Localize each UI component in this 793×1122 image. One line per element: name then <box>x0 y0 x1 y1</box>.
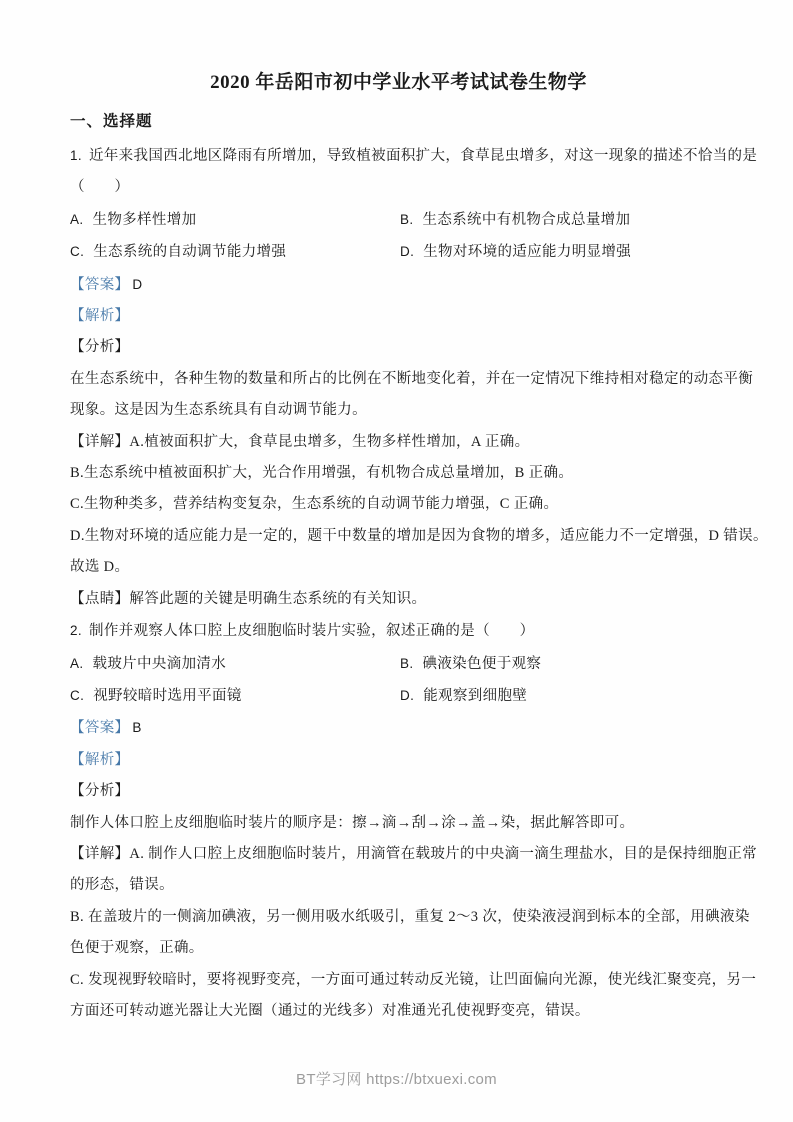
q1-detail-intro: A.植被面积扩大，食草昆虫增多，生物多样性增加，A 正确。 <box>129 434 529 450</box>
q1-option-d-letter: D. <box>400 244 414 259</box>
q1-option-d: D.生物对环境的适应能力明显增强 <box>400 236 631 268</box>
q1-options-row-2: C.生态系统的自动调节能力增强 D.生物对环境的适应能力明显增强 <box>70 236 727 268</box>
q2-option-b-text: 碘液染色便于观察 <box>422 656 541 672</box>
watermark-footer: BT学习网 https://btxuexi.com <box>0 1068 793 1089</box>
document-content: 2020 年岳阳市初中学业水平考试试卷生物学 一、选择题 1.近年来我国西北地区… <box>70 70 727 1027</box>
q1-detail-line-1: 【详解】A.植被面积扩大，食草昆虫增多，生物多样性增加，A 正确。 <box>70 427 727 458</box>
q2-breakdown-label-line: 【分析】 <box>70 776 727 807</box>
q2-options-row-2: C.视野较暗时选用平面镜 D.能观察到细胞壁 <box>70 680 727 712</box>
q1-answer-label: 【答案】 <box>70 277 129 293</box>
q2-option-a-letter: A. <box>70 656 83 671</box>
q1-detail-line-3: C.生物种类多，营养结构变复杂，生态系统的自动调节能力增强，C 正确。 <box>70 489 727 520</box>
q1-option-b-text: 生态系统中有机物合成总量增加 <box>422 212 630 228</box>
q2-analysis-label: 【解析】 <box>70 752 129 768</box>
q2-option-b-letter: B. <box>400 656 413 671</box>
q1-answer-value: D <box>132 277 142 292</box>
q2-detail-line-2: 的形态，错误。 <box>70 870 727 901</box>
q1-option-c: C.生态系统的自动调节能力增强 <box>70 236 400 268</box>
q1-option-a-text: 生物多样性增加 <box>92 212 196 228</box>
q2-option-d-letter: D. <box>400 688 414 703</box>
q1-tip-line: 【点睛】解答此题的关键是明确生态系统的有关知识。 <box>70 584 727 615</box>
q2-option-d-text: 能观察到细胞壁 <box>423 688 527 704</box>
q2-analysis-label-line: 【解析】 <box>70 745 727 776</box>
section-heading: 一、选择题 <box>70 112 727 132</box>
q1-conclusion: 故选 D。 <box>70 552 727 583</box>
q2-breakdown-label: 【分析】 <box>70 783 129 799</box>
q2-option-c-letter: C. <box>70 688 84 703</box>
q1-option-d-text: 生物对环境的适应能力明显增强 <box>423 244 631 260</box>
document-title: 2020 年岳阳市初中学业水平考试试卷生物学 <box>70 70 727 96</box>
q1-breakdown-line-1: 在生态系统中，各种生物的数量和所占的比例在不断地变化着，并在一定情况下维持相对稳… <box>70 364 727 395</box>
q2-stem-text: 制作并观察人体口腔上皮细胞临时装片实验，叙述正确的是（ ） <box>89 623 535 639</box>
q2-detail-line-4: 色便于观察，正确。 <box>70 933 727 964</box>
q2-breakdown-line-1: 制作人体口腔上皮细胞临时装片的顺序是：擦→滴→刮→涂→盖→染，据此解答即可。 <box>70 808 727 839</box>
q1-option-c-text: 生态系统的自动调节能力增强 <box>93 244 286 260</box>
q2-detail-line-5: C. 发现视野较暗时，要将视野变亮，一方面可通过转动反光镜，让凹面偏向光源，使光… <box>70 965 727 996</box>
q2-answer-label: 【答案】 <box>70 720 129 736</box>
q2-option-c-text: 视野较暗时选用平面镜 <box>93 688 242 704</box>
q2-answer-value: B <box>132 720 141 735</box>
q2-option-c: C.视野较暗时选用平面镜 <box>70 680 400 712</box>
q1-answer-line: 【答案】D <box>70 269 727 301</box>
exam-document-page: 2020 年岳阳市初中学业水平考试试卷生物学 一、选择题 1.近年来我国西北地区… <box>0 0 793 1122</box>
q2-answer-line: 【答案】B <box>70 712 727 744</box>
q1-detail-line-4: D.生物对环境的适应能力是一定的，题干中数量的增加是因为食物的增多，适应能力不一… <box>70 521 727 552</box>
q2-option-a-text: 载玻片中央滴加清水 <box>92 656 226 672</box>
q2-detail-intro: A. 制作人口腔上皮细胞临时装片，用滴管在载玻片的中央滴一滴生理盐水，目的是保持… <box>129 846 757 862</box>
q1-analysis-label-line: 【解析】 <box>70 301 727 332</box>
q2-detail-line-6: 方面还可转动遮光器让大光圈（通过的光线多）对准通光孔使视野变亮，错误。 <box>70 996 727 1027</box>
q1-stem: 1.近年来我国西北地区降雨有所增加，导致植被面积扩大，食草昆虫增多，对这一现象的… <box>70 140 727 172</box>
q1-detail-label: 【详解】 <box>70 434 129 450</box>
q1-stem-text: 近年来我国西北地区降雨有所增加，导致植被面积扩大，食草昆虫增多，对这一现象的描述… <box>89 148 757 164</box>
q1-option-a-letter: A. <box>70 212 83 227</box>
q2-detail-line-3: B. 在盖玻片的一侧滴加碘液，另一侧用吸水纸吸引，重复 2～3 次，使染液浸润到… <box>70 902 727 933</box>
q1-breakdown-line-2: 现象。这是因为生态系统具有自动调节能力。 <box>70 395 727 426</box>
q1-number: 1. <box>70 148 82 163</box>
q2-stem: 2.制作并观察人体口腔上皮细胞临时装片实验，叙述正确的是（ ） <box>70 615 727 647</box>
q1-detail-line-2: B.生态系统中植被面积扩大，光合作用增强，有机物合成总量增加，B 正确。 <box>70 458 727 489</box>
q1-breakdown-label: 【分析】 <box>70 339 129 355</box>
q1-option-c-letter: C. <box>70 244 84 259</box>
q2-option-b: B.碘液染色便于观察 <box>400 648 541 680</box>
q1-stem-parentheses: （ ） <box>70 172 727 203</box>
q2-options-row-1: A.载玻片中央滴加清水 B.碘液染色便于观察 <box>70 648 727 680</box>
q1-breakdown-label-line: 【分析】 <box>70 332 727 363</box>
q1-option-b: B.生态系统中有机物合成总量增加 <box>400 204 630 236</box>
q2-option-a: A.载玻片中央滴加清水 <box>70 648 400 680</box>
q2-detail-label: 【详解】 <box>70 846 129 862</box>
q1-tip-label: 【点睛】 <box>70 591 129 607</box>
q2-number: 2. <box>70 623 82 638</box>
q1-option-b-letter: B. <box>400 212 413 227</box>
q2-detail-line-1: 【详解】A. 制作人口腔上皮细胞临时装片，用滴管在载玻片的中央滴一滴生理盐水，目… <box>70 839 727 870</box>
q1-tip-text: 解答此题的关键是明确生态系统的有关知识。 <box>129 591 426 607</box>
q1-options-row-1: A.生物多样性增加 B.生态系统中有机物合成总量增加 <box>70 204 727 236</box>
q1-option-a: A.生物多样性增加 <box>70 204 400 236</box>
q1-analysis-label: 【解析】 <box>70 308 129 324</box>
q2-option-d: D.能观察到细胞壁 <box>400 680 527 712</box>
